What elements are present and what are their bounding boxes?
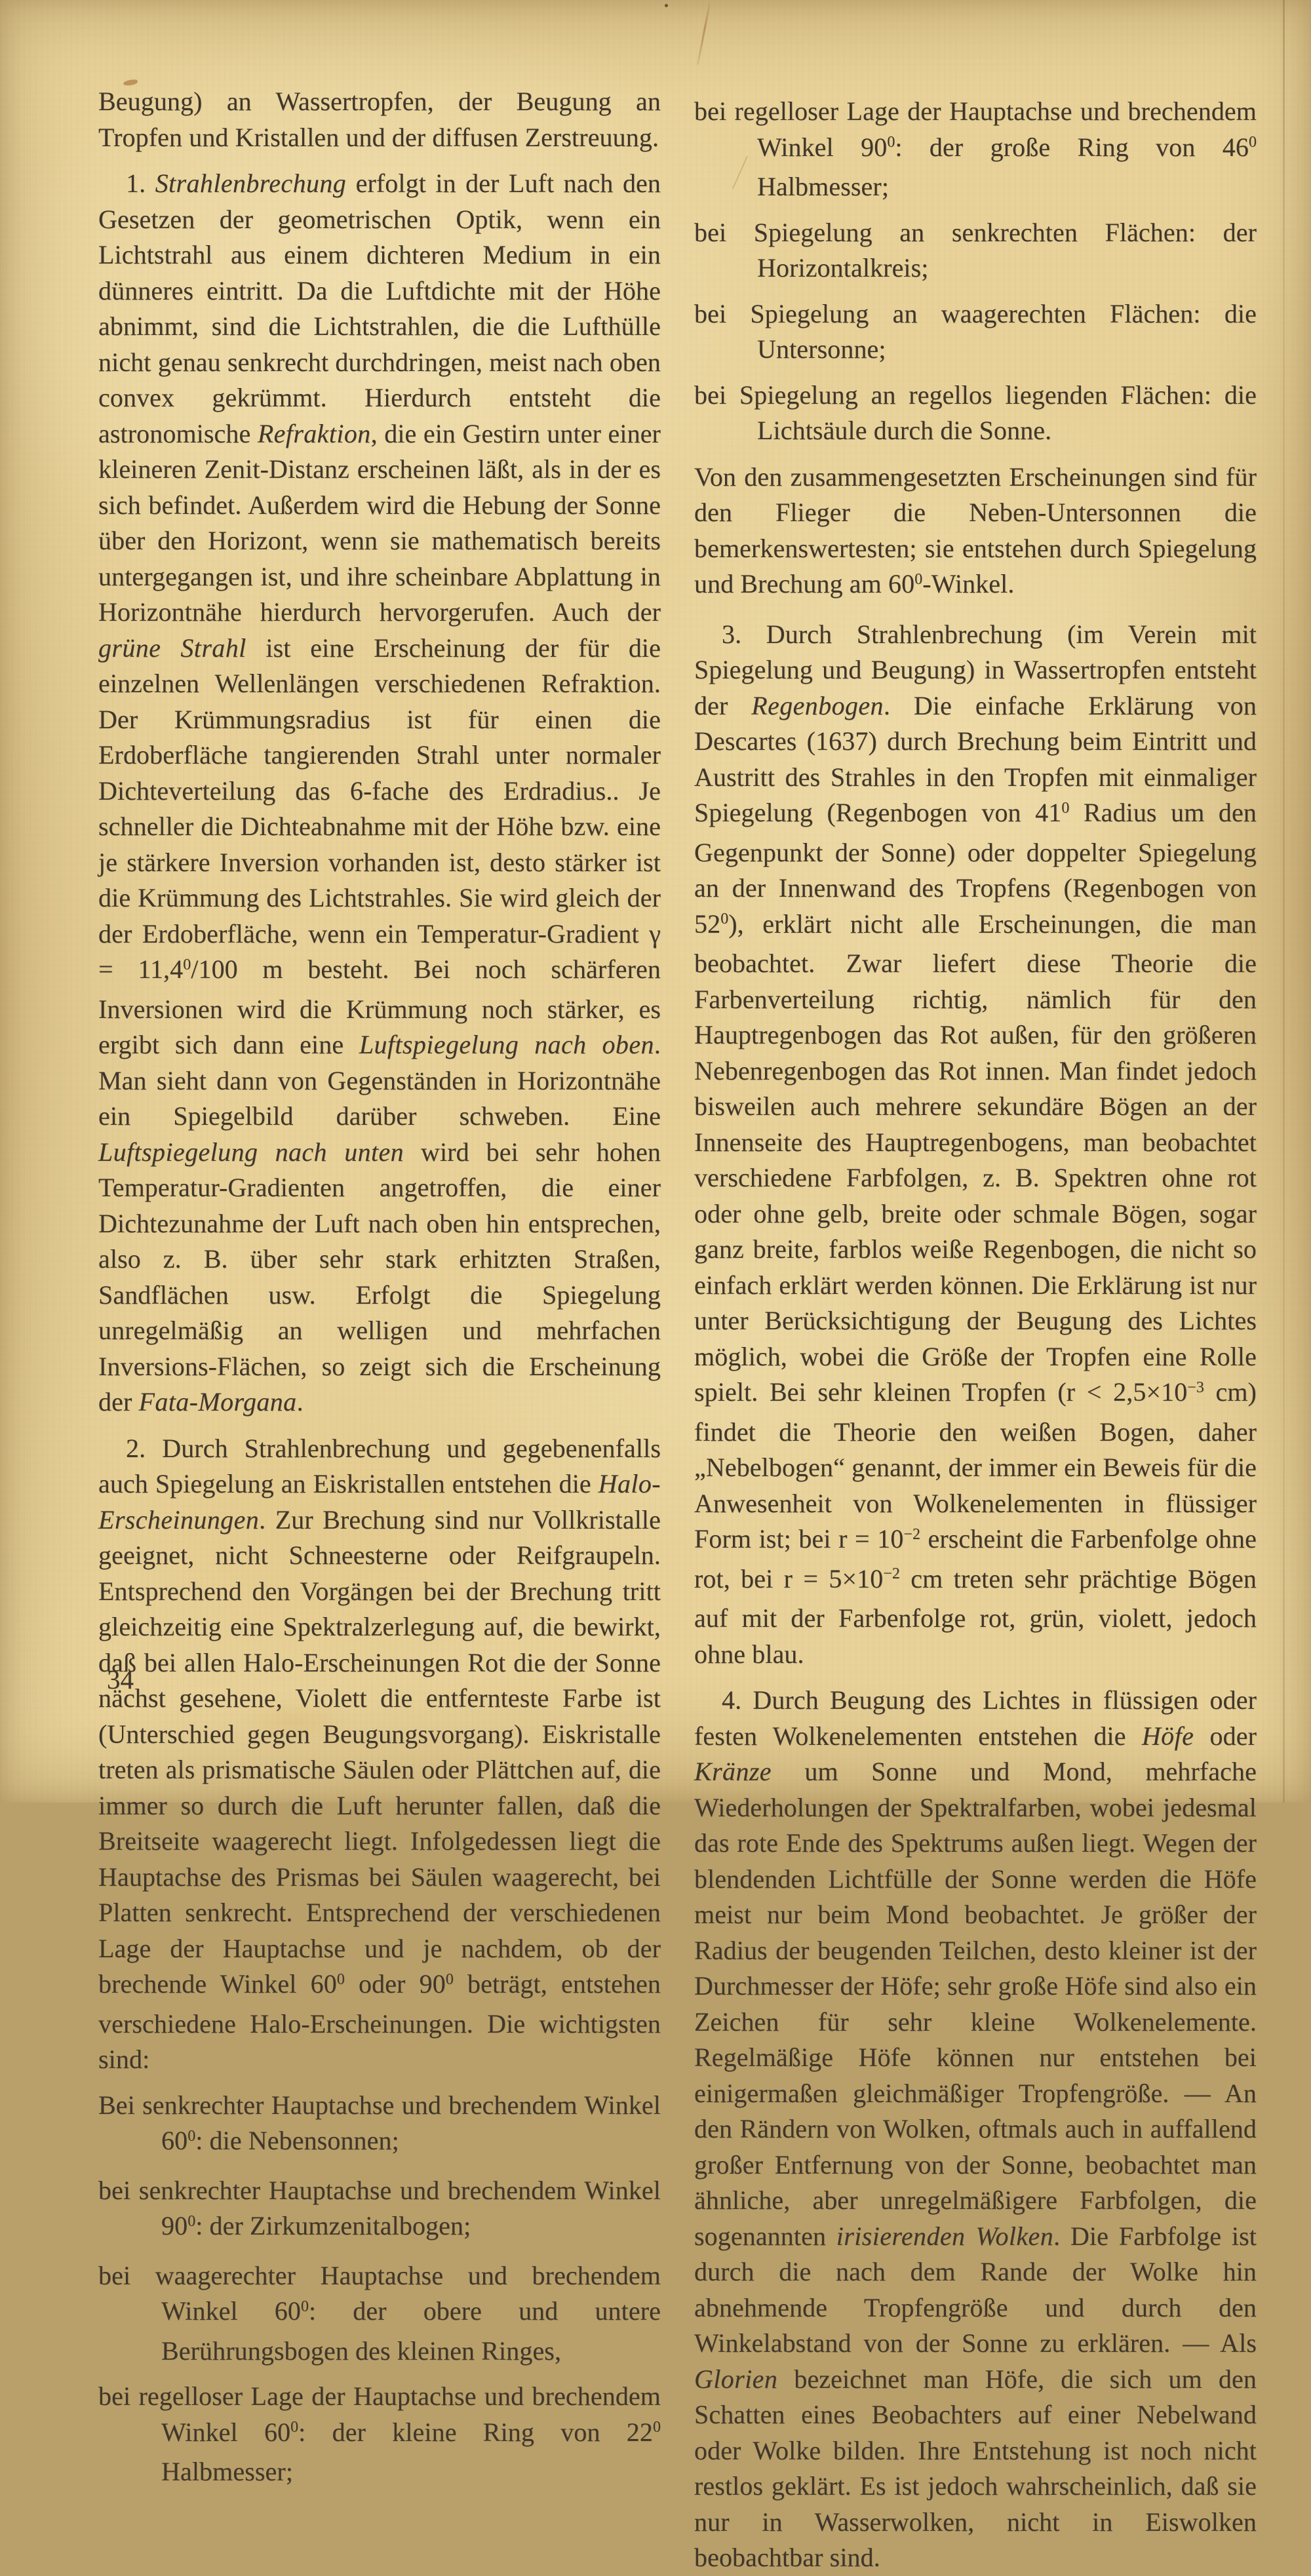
italic-text: Regenbogen: [751, 691, 884, 720]
body-text: .: [297, 1387, 303, 1416]
body-text: oder: [1194, 1721, 1257, 1751]
hanging-list-item: bei regelloser Lage der Hauptachse und b…: [694, 94, 1257, 205]
superscript-text: −2: [883, 1565, 900, 1582]
body-text: bei Spiegelung an regellos liegenden Flä…: [694, 380, 1257, 446]
body-text: , die ein Gestirn unter einer kleineren …: [98, 419, 661, 627]
superscript-text: 0: [1061, 800, 1069, 817]
body-text: bei Spiegelung an senkrechten Flächen: d…: [694, 218, 1257, 283]
hanging-list-item: bei Spiegelung an waagerechten Flächen: …: [694, 296, 1257, 368]
superscript-text: −2: [903, 1526, 920, 1543]
paragraph: 2. Durch Strahlenbrechung und gegebenenf…: [98, 1431, 661, 1803]
ink-speck: [665, 4, 668, 7]
paragraph: Von den zusammengesetzten Erscheinungen …: [694, 459, 1257, 606]
paper-fiber: [697, 3, 711, 66]
body-text: wird bei sehr hohen Temperatur-Gradiente…: [98, 1137, 661, 1417]
italic-text: Refraktion: [258, 419, 371, 448]
body-text: Beugung) an Wassertropfen, der Beugung a…: [98, 87, 661, 152]
body-text: bei Spiegelung an waagerechten Flächen: …: [694, 299, 1257, 364]
italic-text: Luftspiegelung nach oben: [359, 1030, 654, 1059]
italic-text: Fata-Morgana: [138, 1387, 296, 1416]
body-text: . Zur Brechung sind nur Vollkristalle ge…: [98, 1505, 661, 1803]
page-number: 34: [107, 1664, 134, 1695]
scanned-book-page: Beugung) an Wassertropfen, der Beugung a…: [0, 0, 1311, 1803]
hanging-list-item: bei Spiegelung an regellos liegenden Flä…: [694, 378, 1257, 449]
superscript-text: 0: [720, 910, 728, 927]
paragraph: Beugung) an Wassertropfen, der Beugung a…: [98, 84, 661, 155]
paragraph: 4. Durch Beugung des Lichtes in flüssige…: [694, 1683, 1257, 1803]
body-text: : der große Ring von 46: [895, 132, 1249, 162]
body-text: erfolgt in der Luft nach den Gesetzen de…: [98, 168, 661, 448]
body-text: Halbmesser;: [757, 172, 889, 201]
italic-text: Strahlenbrechung: [155, 168, 347, 198]
superscript-text: 0: [183, 956, 191, 973]
hanging-list-item: bei Spiegelung an senkrechten Flächen: d…: [694, 215, 1257, 286]
superscript-text: 0: [1249, 134, 1257, 151]
left-text-column: Beugung) an Wassertropfen, der Beugung a…: [98, 84, 661, 1803]
body-text: um Sonne und Mond, mehrfache Wiederholun…: [694, 1757, 1257, 1803]
body-text: ist eine Erscheinung der für die einzeln…: [98, 633, 661, 985]
superscript-text: 0: [914, 571, 922, 588]
body-text: 2. Durch Strahlenbrechung und gegebenenf…: [98, 1434, 661, 1499]
paragraph: 1. Strahlenbrechung erfolgt in der Luft …: [98, 166, 661, 1420]
paragraph: 3. Durch Strahlenbrechung (im Verein mit…: [694, 617, 1257, 1673]
superscript-text: −3: [1187, 1379, 1204, 1396]
right-text-column: bei regelloser Lage der Hauptachse und b…: [694, 84, 1257, 1803]
italic-text: Höfe: [1142, 1721, 1194, 1751]
body-text: ), erklärt nicht alle Erscheinungen, die…: [694, 909, 1257, 1407]
body-text: -Winkel.: [922, 569, 1014, 598]
page-fold-line: [1283, 0, 1285, 1803]
italic-text: Luftspiegelung nach unten: [98, 1137, 404, 1167]
italic-text: grüne Strahl: [98, 633, 246, 663]
superscript-text: 0: [887, 134, 895, 151]
body-text: 1.: [126, 168, 155, 198]
italic-text: Kränze: [694, 1757, 772, 1786]
